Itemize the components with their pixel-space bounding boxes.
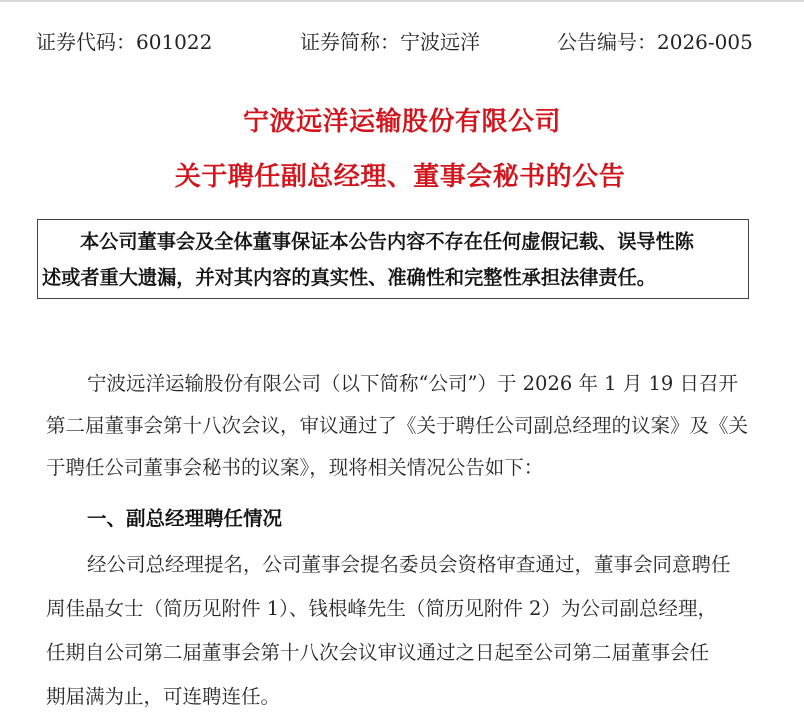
announcement-title: 关于聘任副总经理、董事会秘书的公告 bbox=[0, 159, 802, 195]
notice-line: 述或者重大遗漏，并对其内容的真实性、准确性和完整性承担法律责任。 bbox=[42, 264, 656, 292]
paragraph-line: 第二届董事会第十八次会议，审议通过了《关于聘任公司副总经理的议案》及《关 bbox=[46, 412, 748, 440]
board-guarantee-notice: 本公司董事会及全体董事保证本公告内容不存在任何虚假记载、误导性陈 述或者重大遗漏… bbox=[37, 219, 749, 299]
paragraph-line: 宁波远洋运输股份有限公司（以下简称“公司”）于 2026 年 1 月 19 日召… bbox=[87, 370, 738, 398]
paragraph-line: 于聘任公司董事会秘书的议案》，现将相关情况公告如下： bbox=[46, 454, 543, 482]
stock-code: 证券代码：601022 bbox=[36, 27, 212, 57]
company-title: 宁波远洋运输股份有限公司 bbox=[0, 104, 804, 140]
paragraph-line: 经公司总经理提名，公司董事会提名委员会资格审查通过，董事会同意聘任 bbox=[87, 551, 731, 579]
stock-abbreviation: 证券简称：宁波远洋 bbox=[300, 27, 480, 57]
document-header: 证券代码：601022 证券简称：宁波远洋 公告编号：2026-005 bbox=[0, 27, 804, 57]
paragraph-line: 任期自公司第二届董事会第十八次会议审议通过之日起至公司第二届董事会任 bbox=[46, 639, 709, 667]
top-divider bbox=[0, 0, 804, 2]
paragraph-line: 期届满为止，可连聘连任。 bbox=[46, 683, 280, 711]
section-heading: 一、副总经理聘任情况 bbox=[87, 505, 282, 533]
announcement-number: 公告编号：2026-005 bbox=[557, 27, 753, 57]
paragraph-line: 周佳晶女士（简历见附件 1）、钱根峰先生（简历见附件 2）为公司副总经理， bbox=[46, 595, 717, 623]
notice-line: 本公司董事会及全体董事保证本公告内容不存在任何虚假记载、误导性陈 bbox=[80, 228, 694, 256]
